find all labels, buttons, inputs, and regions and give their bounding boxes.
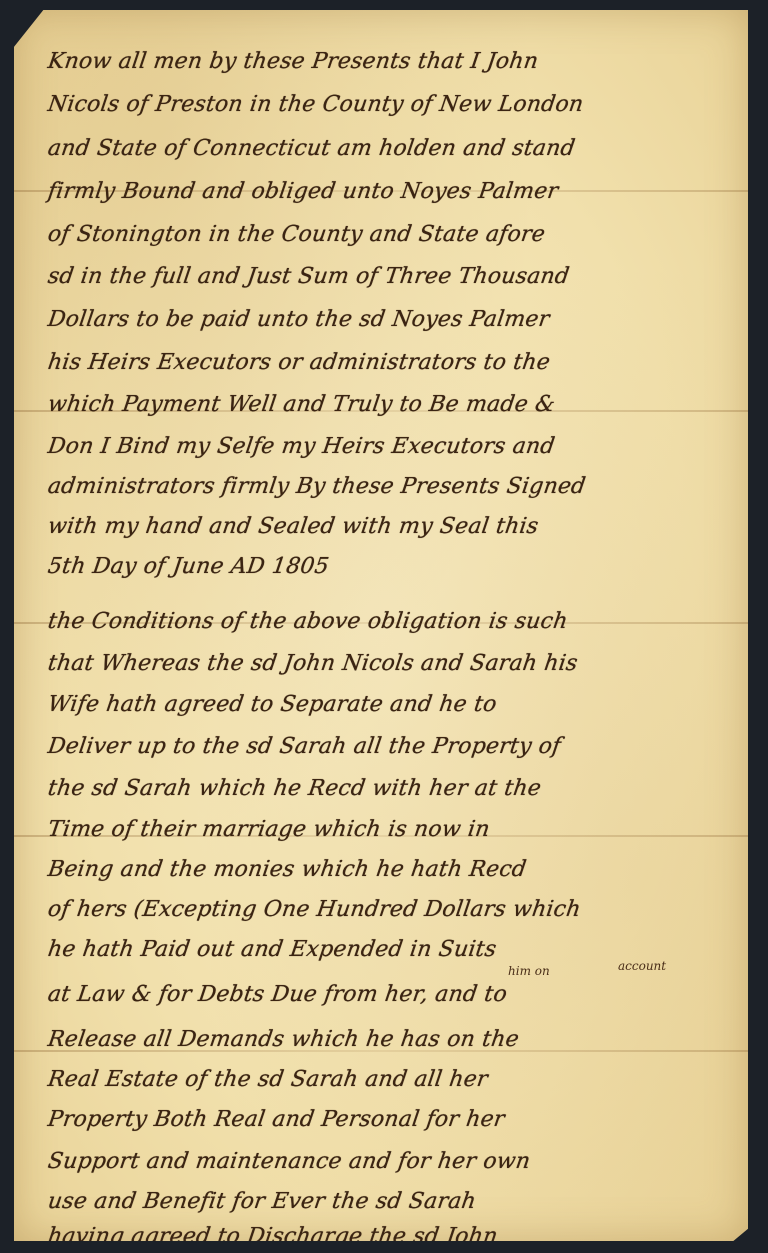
- text-line: use and Benefit for Ever the sd Sarah: [46, 1189, 732, 1214]
- manuscript-page: Know all men by these Presents that I Jo…: [14, 10, 748, 1241]
- text-line: Release all Demands which he has on the: [46, 1027, 732, 1052]
- text-line: Property Both Real and Personal for her: [46, 1107, 732, 1132]
- text-line: which Payment Well and Truly to Be made …: [46, 392, 732, 417]
- text-line: having agreed to Discharge the sd John: [46, 1224, 732, 1249]
- text-line: Real Estate of the sd Sarah and all her: [46, 1067, 732, 1092]
- text-line: that Whereas the sd John Nicols and Sara…: [46, 651, 732, 676]
- text-line: the sd Sarah which he Recd with her at t…: [46, 776, 732, 801]
- text-line: and State of Connecticut am holden and s…: [46, 136, 732, 161]
- text-line: Nicols of Preston in the County of New L…: [46, 92, 732, 117]
- interlinear-insertion: account: [618, 959, 666, 973]
- text-line: 5th Day of June AD 1805: [46, 554, 732, 579]
- text-line: the Conditions of the above obligation i…: [46, 609, 732, 634]
- text-line: Being and the monies which he hath Recd: [46, 857, 732, 882]
- text-line: Dollars to be paid unto the sd Noyes Pal…: [46, 307, 732, 332]
- text-line: firmly Bound and obliged unto Noyes Palm…: [46, 179, 732, 204]
- text-line: Time of their marriage which is now in: [46, 817, 732, 842]
- text-line: Deliver up to the sd Sarah all the Prope…: [46, 734, 732, 759]
- text-line: Know all men by these Presents that I Jo…: [46, 49, 732, 74]
- interlinear-insertion: him on: [508, 964, 550, 978]
- text-line: of hers (Excepting One Hundred Dollars w…: [46, 897, 732, 922]
- text-line: Wife hath agreed to Separate and he to: [46, 692, 732, 717]
- text-line: administrators firmly By these Presents …: [46, 474, 732, 499]
- text-line: Support and maintenance and for her own: [46, 1149, 732, 1174]
- text-line: Don I Bind my Selfe my Heirs Executors a…: [46, 434, 732, 459]
- text-line: with my hand and Sealed with my Seal thi…: [46, 514, 732, 539]
- text-line: of Stonington in the County and State af…: [46, 222, 732, 247]
- text-line: at Law & for Debts Due from her, and to: [46, 982, 732, 1007]
- text-line: sd in the full and Just Sum of Three Tho…: [46, 264, 732, 289]
- text-line: his Heirs Executors or administrators to…: [46, 350, 732, 375]
